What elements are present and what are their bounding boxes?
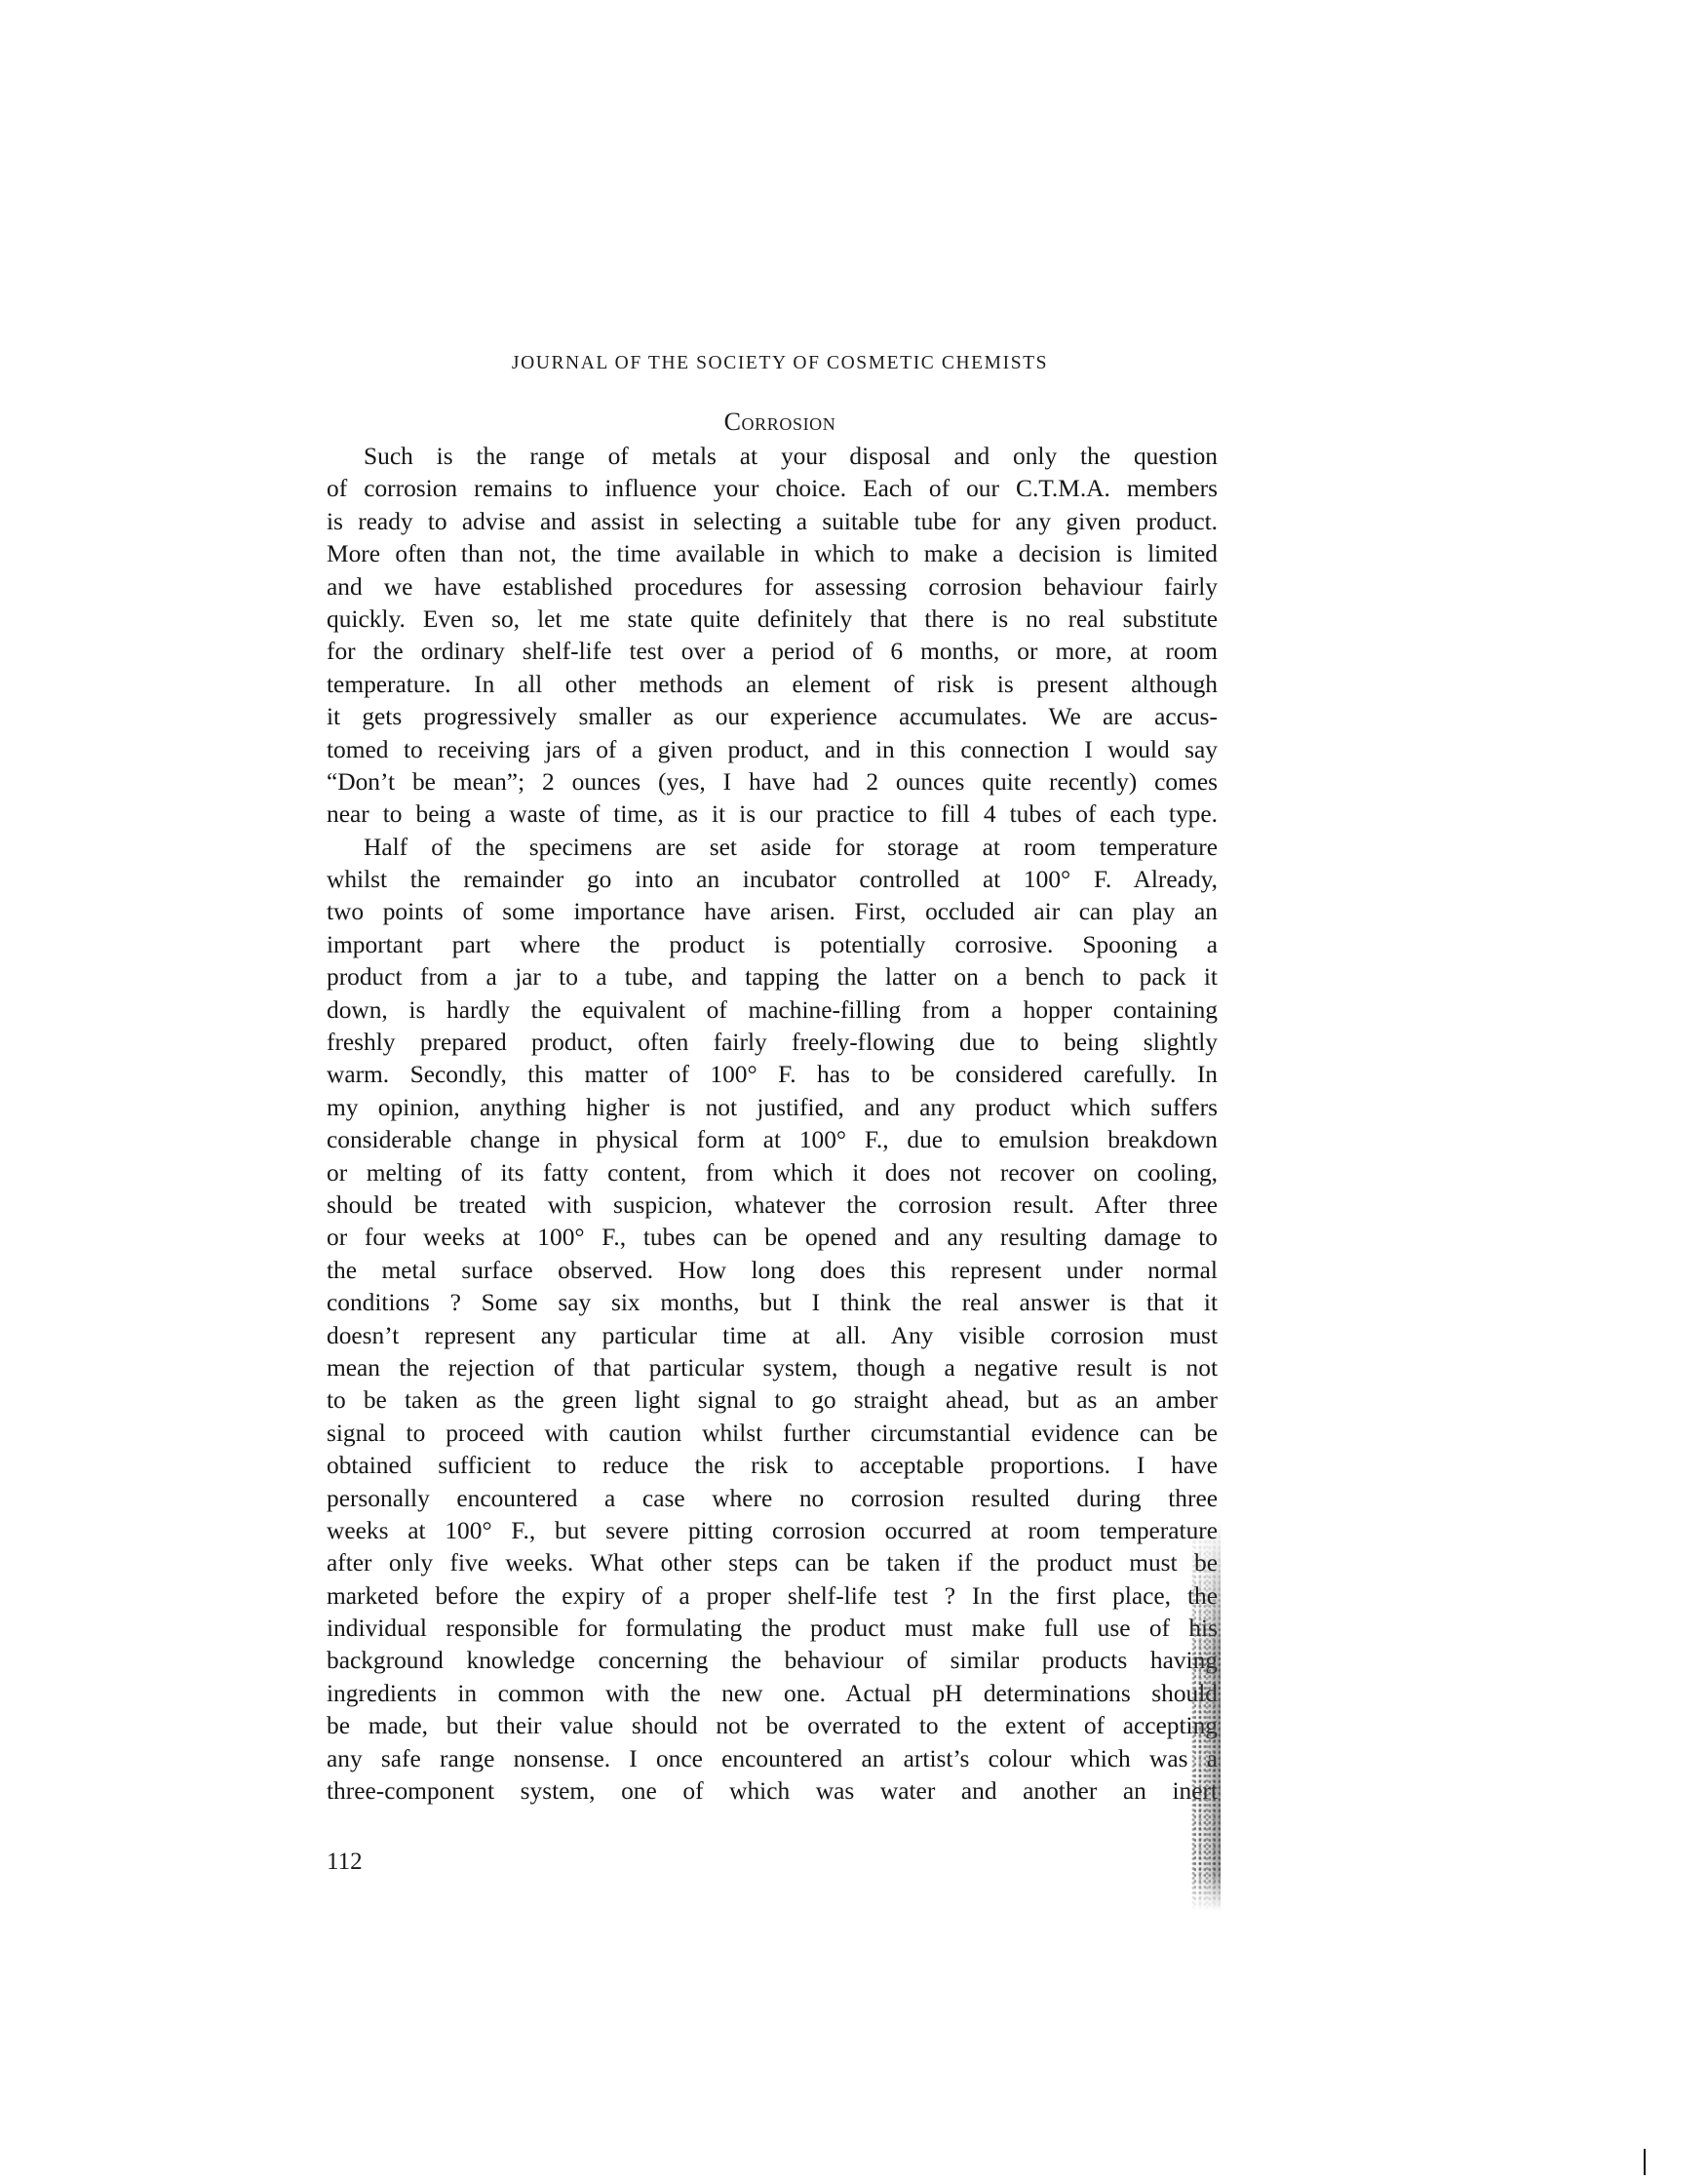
text-line: be made, but their value should not be o… bbox=[327, 1710, 1218, 1742]
text-line: conditions ? Some say six months, but I … bbox=[327, 1287, 1218, 1319]
text-line: product from a jar to a tube, and tappin… bbox=[327, 961, 1218, 993]
text-line: down, is hardly the equivalent of machin… bbox=[327, 994, 1218, 1027]
text-line: of corrosion remains to influence your c… bbox=[327, 473, 1218, 505]
text-line: two points of some importance have arise… bbox=[327, 896, 1218, 928]
journal-page: Journal of the Society of Cosmetic Chemi… bbox=[0, 0, 1708, 2180]
text-line: background knowledge concerning the beha… bbox=[327, 1645, 1218, 1677]
text-line: my opinion, anything higher is not justi… bbox=[327, 1092, 1218, 1124]
text-line: individual responsible for formulating t… bbox=[327, 1613, 1218, 1645]
text-line: and we have established procedures for a… bbox=[327, 571, 1218, 603]
text-line: or melting of its fatty content, from wh… bbox=[327, 1157, 1218, 1189]
body-text: Such is the range of metals at your disp… bbox=[327, 441, 1218, 1808]
text-line: whilst the remainder go into an incubato… bbox=[327, 864, 1218, 896]
text-line: near to being a waste of time, as it is … bbox=[327, 798, 1218, 831]
text-line: More often than not, the time available … bbox=[327, 538, 1218, 570]
text-cursor-mark bbox=[1644, 2149, 1646, 2175]
section-heading: Corrosion bbox=[327, 408, 1233, 437]
text-line: or four weeks at 100° F., tubes can be o… bbox=[327, 1222, 1218, 1254]
page-number: 112 bbox=[327, 1849, 363, 1876]
text-line: doesn’t represent any particular time at… bbox=[327, 1320, 1218, 1352]
text-line: personally encountered a case where no c… bbox=[327, 1483, 1218, 1515]
text-line: any safe range nonsense. I once encounte… bbox=[327, 1743, 1218, 1775]
text-line: to be taken as the green light signal to… bbox=[327, 1384, 1218, 1417]
text-line: signal to proceed with caution whilst fu… bbox=[327, 1418, 1218, 1450]
text-line: the metal surface observed. How long doe… bbox=[327, 1255, 1218, 1287]
text-line: important part where the product is pote… bbox=[327, 929, 1218, 961]
text-line: is ready to advise and assist in selecti… bbox=[327, 506, 1218, 538]
text-line: it gets progressively smaller as our exp… bbox=[327, 701, 1218, 733]
text-line: tomed to receiving jars of a given produ… bbox=[327, 734, 1218, 766]
text-line: marketed before the expiry of a proper s… bbox=[327, 1580, 1218, 1613]
running-head: Journal of the Society of Cosmetic Chemi… bbox=[327, 353, 1233, 374]
text-line: freshly prepared product, often fairly f… bbox=[327, 1027, 1218, 1059]
text-line: obtained sufficient to reduce the risk t… bbox=[327, 1450, 1218, 1482]
scan-edge-noise bbox=[1191, 1521, 1221, 1911]
text-line: considerable change in physical form at … bbox=[327, 1124, 1218, 1156]
text-line: three-component system, one of which was… bbox=[327, 1775, 1218, 1808]
text-line: weeks at 100° F., but severe pitting cor… bbox=[327, 1515, 1218, 1547]
text-line: quickly. Even so, let me state quite def… bbox=[327, 603, 1218, 636]
text-line: Half of the specimens are set aside for … bbox=[327, 832, 1218, 864]
text-line: mean the rejection of that particular sy… bbox=[327, 1352, 1218, 1384]
text-line: temperature. In all other methods an ele… bbox=[327, 669, 1218, 701]
text-line: warm. Secondly, this matter of 100° F. h… bbox=[327, 1059, 1218, 1091]
text-line: Such is the range of metals at your disp… bbox=[327, 441, 1218, 473]
text-line: after only five weeks. What other steps … bbox=[327, 1547, 1218, 1579]
text-line: “Don’t be mean”; 2 ounces (yes, I have h… bbox=[327, 766, 1218, 798]
text-line: for the ordinary shelf-life test over a … bbox=[327, 636, 1218, 668]
text-line: ingredients in common with the new one. … bbox=[327, 1678, 1218, 1710]
text-line: should be treated with suspicion, whatev… bbox=[327, 1189, 1218, 1222]
